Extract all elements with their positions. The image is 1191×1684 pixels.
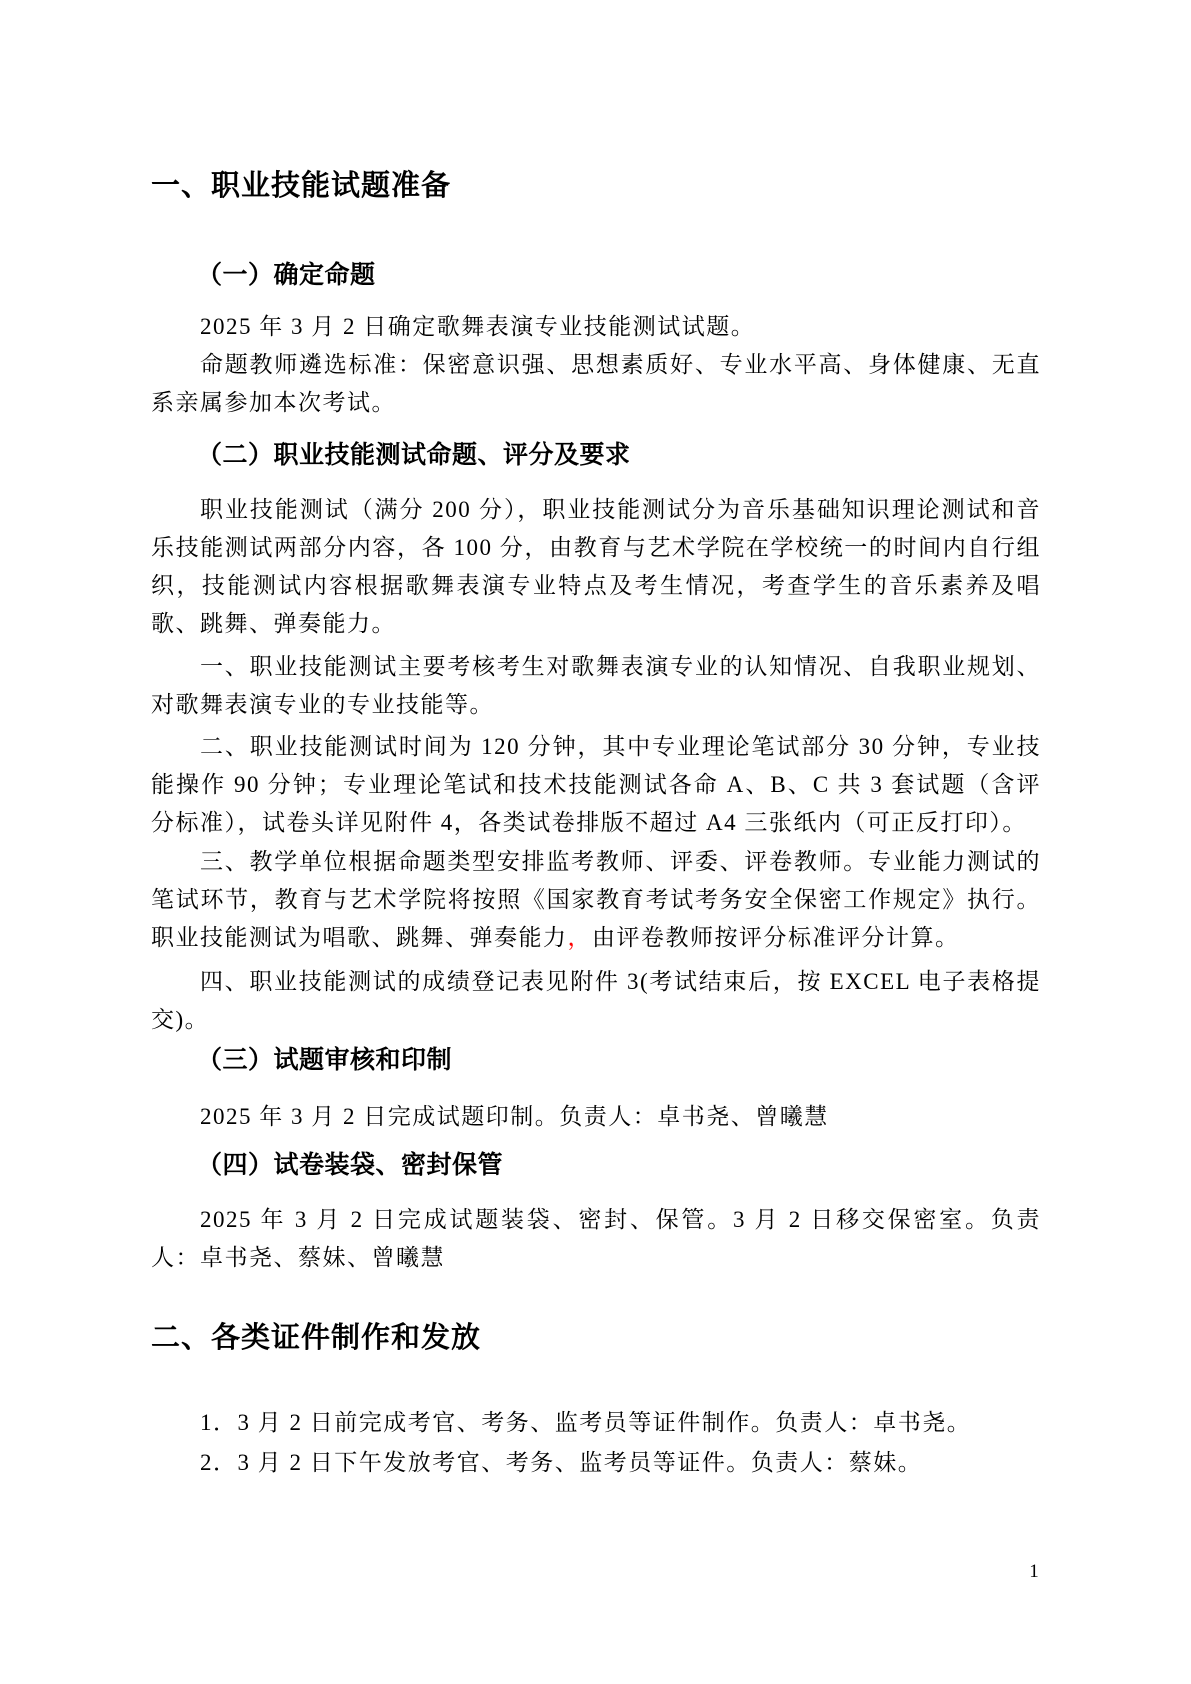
paragraph: 2025 年 3 月 2 日完成试题印制。负责人：卓书尧、曾曦慧 (151, 1098, 1041, 1136)
paragraph-with-red-comma: 三、教学单位根据命题类型安排监考教师、评委、评卷教师。专业能力测试的笔试环节，教… (151, 843, 1041, 957)
section-heading-1-2: （二）职业技能测试命题、评分及要求 (151, 437, 1041, 473)
document-page: 一、职业技能试题准备 （一）确定命题 2025 年 3 月 2 日确定歌舞表演专… (0, 0, 1191, 1684)
section-heading-1-1: （一）确定命题 (151, 257, 1041, 293)
paragraph: 2025 年 3 月 2 日完成试题装袋、密封、保管。3 月 2 日移交保密室。… (151, 1201, 1041, 1277)
paragraph: 一、职业技能测试主要考核考生对歌舞表演专业的认知情况、自我职业规划、对歌舞表演专… (151, 648, 1041, 724)
paragraph: 二、职业技能测试时间为 120 分钟，其中专业理论笔试部分 30 分钟，专业技能… (151, 728, 1041, 842)
paragraph: 四、职业技能测试的成绩登记表见附件 3(考试结束后，按 EXCEL 电子表格提交… (151, 963, 1041, 1039)
page-number: 1 (1022, 1560, 1046, 1584)
numbered-item-2: 2．3 月 2 日下午发放考官、考务、监考员等证件。负责人：蔡妹。 (151, 1444, 1041, 1482)
section-heading-1-4: （四）试卷装袋、密封保管 (151, 1147, 1041, 1183)
paragraph: 职业技能测试（满分 200 分），职业技能测试分为音乐基础知识理论测试和音乐技能… (151, 491, 1041, 643)
chapter-heading-2: 二、各类证件制作和发放 (151, 1317, 1041, 1359)
section-heading-1-3: （三）试题审核和印制 (151, 1042, 1041, 1078)
red-comma: ， (568, 925, 593, 950)
paragraph: 命题教师遴选标准：保密意识强、思想素质好、专业水平高、身体健康、无直系亲属参加本… (151, 346, 1041, 422)
chapter-heading-1: 一、职业技能试题准备 (151, 165, 1041, 207)
numbered-item-1: 1．3 月 2 日前完成考官、考务、监考员等证件制作。负责人：卓书尧。 (151, 1404, 1041, 1442)
paragraph: 2025 年 3 月 2 日确定歌舞表演专业技能测试试题。 (151, 308, 1041, 346)
paragraph-segment: 由评卷教师按评分标准评分计算。 (592, 925, 960, 950)
